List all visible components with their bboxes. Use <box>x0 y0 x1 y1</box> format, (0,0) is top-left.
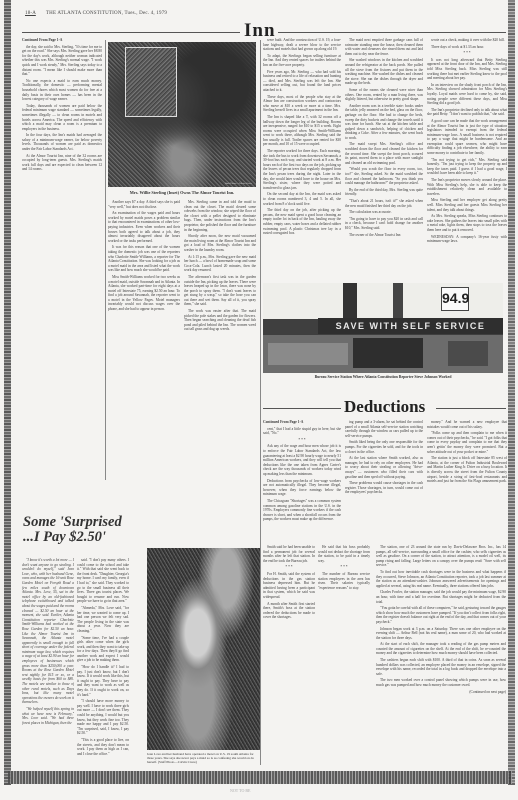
section-rule-right <box>278 32 506 33</box>
paragraph: The Chicagoan "Shortages" was a common s… <box>263 499 341 522</box>
paragraph: On the second day at the Inn, the maid w… <box>263 192 341 206</box>
paragraph: The maid swept Mrs. Sterling's office an… <box>345 142 423 165</box>
paragraph: Shortly after noon, the new maid vacuume… <box>184 234 256 252</box>
paragraph: A good case can be made that the work ar… <box>427 119 507 156</box>
paragraph: Mrs. Sterling came in and told the maid … <box>184 200 256 232</box>
column-rule <box>105 40 106 480</box>
paragraph: said. "I don't pay many others. I could … <box>77 558 129 604</box>
deductions-column-6: The station, one of 23 around the state … <box>376 545 506 767</box>
paragraph: Another says $7 a day. A third says she … <box>108 200 180 209</box>
section-rule-left <box>22 32 240 33</box>
deductions-column-3: money." And he warned a new employee tha… <box>427 420 507 540</box>
scan-edge-right <box>508 0 515 785</box>
paragraph: The calculation was accurate. <box>345 210 423 215</box>
article-column-5: The maid next emptied three garbage cans… <box>345 38 423 273</box>
paragraph: The third day on the job, after picking … <box>263 208 341 236</box>
paragraph: Some of the rooms she cleaned were nicer… <box>345 88 423 102</box>
paragraph: An examination of the wages paid and hou… <box>108 211 180 243</box>
masthead-line: THE ATLANTA CONSTITUTION, Tues., Dec. 4,… <box>46 11 167 16</box>
paragraph: The owner of the Almor Tourist Inn <box>345 233 423 238</box>
paragraph: The cashiers began each shift with $100.… <box>376 658 506 676</box>
paragraph: To find out how inevitable cash shortage… <box>376 570 506 588</box>
paragraph: the day, she said to Mrs. Sterling, "It'… <box>22 45 102 77</box>
paragraph: The station is just a block off Intersta… <box>427 456 507 484</box>
station-photo: 94.9 SAVE WITH SELF SERVICE <box>263 283 503 373</box>
paragraph: The afternoon's first task was in the ga… <box>184 275 256 307</box>
surprised-column-1: "I know it's worth a lot more — I don't … <box>22 558 74 768</box>
paragraph: These problems would cause shortages in … <box>345 481 423 495</box>
paragraph: In the four days, the Inn's maids had av… <box>22 133 102 151</box>
paragraph: "That's about 21 hours, isn't it?" she a… <box>345 199 423 208</box>
paragraph: The station, one of 23 around the state … <box>376 545 506 568</box>
paragraph: Three days of work at $1.33 an hour. <box>427 45 507 50</box>
paragraph: He said that his boss probably would not… <box>318 545 370 563</box>
deductions-column-2: ing pump and a 3-alarm, he sat behind th… <box>345 420 423 540</box>
paragraph: At the last station where Smith worked, … <box>345 456 423 479</box>
headline-rule-left <box>263 408 341 409</box>
deductions-column-5: He said that his boss probably would not… <box>318 545 370 767</box>
jump-head: Continued From Page 1-A <box>263 420 341 425</box>
paragraph: "I know it's worth a lot more — I don't … <box>22 558 74 705</box>
column-rule <box>260 40 261 765</box>
paragraph: Ask any of the wage and hour men whose j… <box>263 444 341 476</box>
continued-note: (Continued on next page) <box>376 690 506 695</box>
paragraph: Miss Sterling and her employer get along… <box>427 198 507 212</box>
self-service-sign: SAVE WITH SELF SERVICE <box>318 318 503 334</box>
paragraph: The Inn is shaped like a T, with 32 room… <box>263 115 341 147</box>
portrait-photo <box>147 548 260 750</box>
paragraph: cent," that I had a little stupid guy in… <box>263 427 341 436</box>
paragraph: "I should have more money to pay well. I… <box>77 699 129 736</box>
paragraph: "You gotta be careful with all of these … <box>376 606 506 624</box>
paragraph: By the end of the third day, Mrs. Sterli… <box>345 188 423 197</box>
paragraph: To adapt, the Sterlings began selling fu… <box>263 54 341 68</box>
paragraph: "We helped myself this spring in what we… <box>22 707 74 725</box>
inset-portrait <box>125 47 177 117</box>
scan-edge-left <box>4 0 11 785</box>
sign-post <box>343 283 357 318</box>
price-sign: 94.9 <box>441 287 469 311</box>
paragraph: The number of Bureau service station emp… <box>318 572 370 590</box>
paragraph: Johnson began work at 3 p.m. on a Saturd… <box>376 627 506 641</box>
paragraph: Miss Smith-Williams worked for two weeks… <box>108 275 180 312</box>
headline-line-1: Some 'Surprised <box>23 515 122 530</box>
paragraph: Smith said he had been unable to find a … <box>263 545 315 563</box>
article-column-2: Another says $7 a day. A third says she … <box>108 200 180 475</box>
paragraph: At the Almor Tourist Inn, nine of the 32… <box>22 154 102 172</box>
paragraph: In an interview on the shady front porch… <box>427 83 507 106</box>
section-break: * * * <box>263 438 341 443</box>
paragraph: Smith liked being the only one responsib… <box>345 440 423 454</box>
scan-stamp: NOT TO BE <box>230 788 250 793</box>
deductions-column-1: Continued From Page 1-A cent," that I ha… <box>263 420 341 540</box>
page-folio: 18-A THE ATLANTA CONSTITUTION, Tues., De… <box>25 11 167 16</box>
headline-line-2: ...I Pay $2.50' <box>23 530 122 545</box>
section-break: * * * <box>427 51 507 56</box>
paragraph: It was not long afterward that Betty Ste… <box>427 58 507 81</box>
paragraph: Deductions from paychecks of low-wage wo… <box>263 479 341 497</box>
paragraph: She washed windows in the kitchen and sc… <box>345 58 423 86</box>
paragraph: It was for this reason that one of the w… <box>108 245 180 273</box>
paragraph: "Folks come up and then complain to me w… <box>427 431 507 454</box>
paragraph: Today, thousands of women are paid below… <box>22 104 102 132</box>
paragraph: ing pump and a 3-alarm, he sat behind th… <box>345 420 423 438</box>
paragraph: wrote out a check, making it over with t… <box>427 38 507 43</box>
deductions-headline: Deductions <box>344 398 425 415</box>
paragraph: These days, most of the people who stay … <box>263 95 341 113</box>
paragraph: The Inn's proprietor declined only to ta… <box>427 108 507 117</box>
scan-edge-bottom <box>8 771 512 784</box>
inn-photo-caption: Mrs. Willie Sterling (Inset) Owns The Al… <box>108 190 256 195</box>
paragraph: The work was easier after that. The maid… <box>184 309 256 332</box>
paragraph: Five years ago, Mr. Sterling — who had s… <box>263 70 341 93</box>
article-column-6: wrote out a check, making it over with t… <box>427 38 507 273</box>
paragraph: "Would you scrub the floor in every room… <box>345 167 423 185</box>
paragraph: No one expects a maid to earn much money… <box>22 79 102 102</box>
station-bay <box>353 338 423 368</box>
paragraph: were built. And the construction of U.S.… <box>263 38 341 52</box>
sign-post <box>393 283 403 318</box>
paragraph: money." And he warned a new employee tha… <box>427 420 507 429</box>
station-photo-caption: Bureau Service Station Where Atlanta Con… <box>263 375 503 379</box>
jump-head: Continued From Page 1-A <box>22 38 102 43</box>
surprised-headline: Some 'Surprised ...I Pay $2.50' <box>23 515 122 545</box>
photo-credit: Staff Photo—Calvin Cruce <box>225 182 252 185</box>
tow-truck <box>448 341 488 366</box>
paragraph: The Inn's proprietor moves slowly around… <box>427 178 507 196</box>
paragraph: Another room was in a terrible state: bo… <box>345 104 423 141</box>
paragraph: At the start of each shift, the manager … <box>376 642 506 656</box>
paragraph: Charles Fowler, the station manager, sai… <box>376 590 506 604</box>
surprised-column-2: said. "I don't pay many others. I could … <box>77 558 129 768</box>
paragraph: "I'm not trying to get rich," Mrs. Sterl… <box>427 158 507 176</box>
paragraph: The maid next emptied three garbage cans… <box>345 38 423 56</box>
section-break: * * * <box>263 565 315 570</box>
paragraph: "This is a good place to live, on the st… <box>77 738 129 756</box>
station-building <box>268 343 348 365</box>
inn-photo: Staff Photo—Calvin Cruce <box>108 42 256 187</box>
paragraph: At 1:15 p.m., Mrs. Sterling gave the new… <box>184 255 256 273</box>
portrait-photo-caption: Jean Love and her husband have operated … <box>147 752 260 764</box>
paragraph: As Mrs. Sterling speaks, Miss Sterling c… <box>427 214 507 232</box>
article-column-3: Mrs. Sterling came in and told the maid … <box>184 200 256 475</box>
article-column-1: Continued From Page 1-A the day, she sai… <box>22 38 102 473</box>
paragraph: "How do I handle it? I had to pay. I jus… <box>77 665 129 697</box>
article-column-4: were built. And the construction of U.S.… <box>263 38 341 273</box>
paragraph: "Some time, I've had a couple girls othe… <box>77 636 129 664</box>
paragraph: "Ahmeda," Mrs. Love said, "for her time,… <box>77 606 129 634</box>
deductions-column-4: Smith said he had been unable to find a … <box>263 545 315 767</box>
paragraph: The reporter worked for three days. Each… <box>263 149 341 190</box>
paragraph: The two men worked over a control panel … <box>376 678 506 687</box>
paragraph: For H. Smith, said the system of deducti… <box>263 572 315 600</box>
headline-rule-right <box>436 408 506 409</box>
paragraph: A month after Smith first started there,… <box>263 602 315 620</box>
paragraph: WEDNESDAY: A company's 16-year fusty wit… <box>427 235 507 244</box>
page-number: 18-A <box>25 11 36 16</box>
section-break: * * * <box>318 565 370 570</box>
paragraph: "I'm going to have to pay you $20 in cas… <box>345 217 423 231</box>
